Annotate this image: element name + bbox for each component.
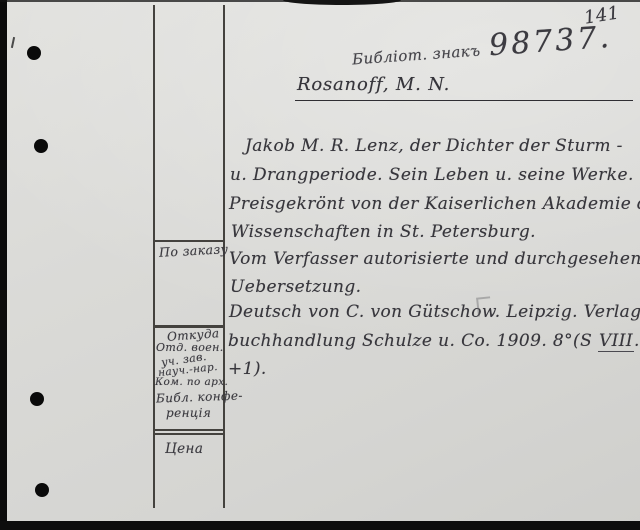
publication-text: . 556 — [634, 331, 640, 351]
catalog-card-scan: 141 Библіот. знакъ 98737. Rosanoff, M. N… — [0, 0, 640, 530]
corner-pen-mark — [11, 37, 15, 48]
table-rule-horizontal — [153, 429, 225, 431]
punch-hole — [34, 139, 48, 153]
scan-edge-left — [0, 0, 7, 530]
punch-hole — [27, 46, 41, 60]
accession-number: 98737. — [488, 20, 613, 63]
body-line: Jakob M. R. Lenz, der Dichter der Sturm … — [245, 136, 623, 156]
punch-hole — [30, 392, 44, 406]
roman-numeral-underlined: VIII — [598, 331, 634, 352]
body-line: Wissenschaften in St. Petersburg. — [231, 222, 536, 242]
author-name: Rosanoff, M. N. — [297, 74, 450, 95]
cell-order-label: По заказу — [159, 241, 229, 260]
cell-origin-line: Библ. конфе- — [156, 388, 243, 405]
punch-hole — [35, 483, 49, 497]
author-underline: Rosanoff, M. N. — [295, 74, 633, 101]
body-line: Uebersetzung. — [230, 277, 361, 297]
body-line-publication: buchhandlung Schulze u. Co. 1909. 8°(Ѕ V… — [228, 331, 640, 351]
body-line: Vom Verfasser autorisierte und durchgese… — [229, 249, 640, 269]
library-mark-label: Библіот. знакъ — [352, 42, 481, 69]
publication-text: buchhandlung Schulze u. Co. 1909. 8°(Ѕ — [228, 331, 598, 351]
cell-origin-line: ренція — [166, 406, 211, 420]
cell-price-label: Цена — [165, 441, 203, 457]
body-line: Deutsch von C. von Gütschow. Leipzig. Ve… — [229, 302, 640, 322]
table-rule-horizontal — [153, 433, 225, 435]
scan-edge-bottom — [0, 521, 640, 530]
scan-shadow-blob — [283, 0, 401, 5]
body-line: u. Drangperiode. Sein Leben u. seine Wer… — [230, 165, 634, 185]
body-line: +1). — [228, 359, 267, 379]
pencil-bracket-mark — [476, 296, 492, 316]
cell-origin-line: Ком. по арх. — [155, 376, 228, 388]
body-line: Preisgekrönt von der Kaiserlichen Akadem… — [229, 194, 640, 214]
